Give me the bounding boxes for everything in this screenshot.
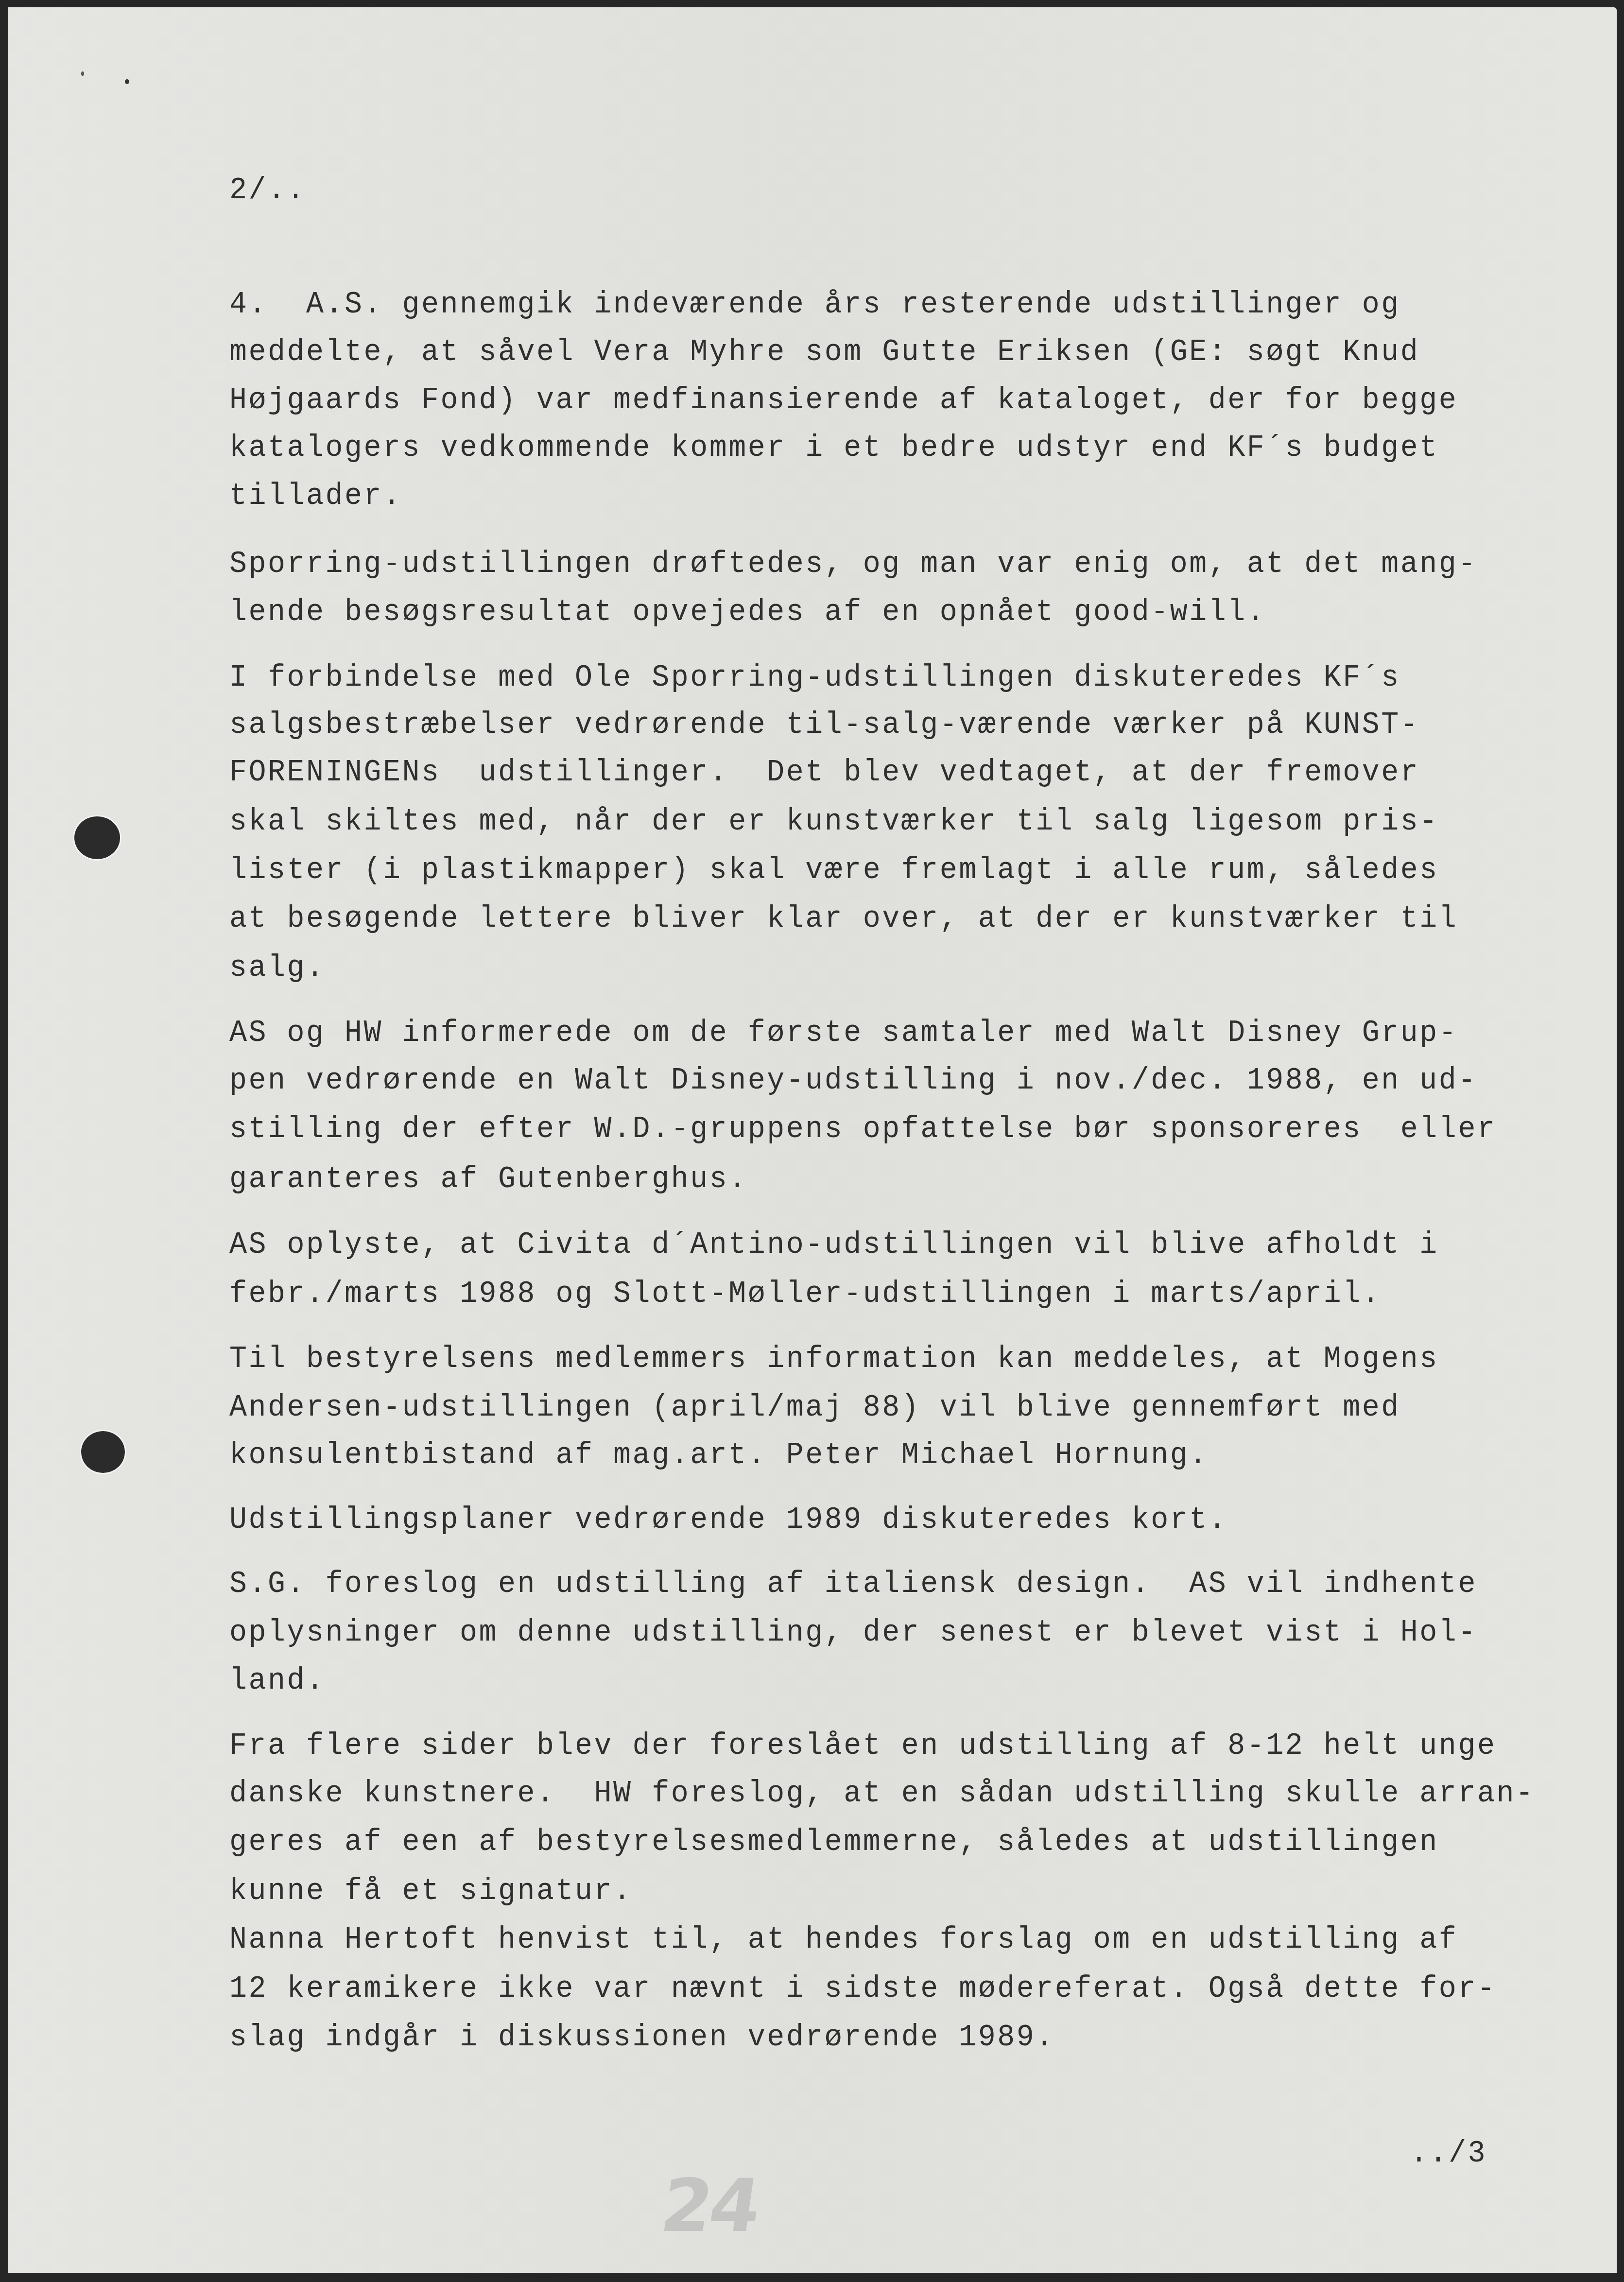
text-line: danske kunstnere. HW foreslog, at en såd… <box>229 1779 1535 1809</box>
text-line: FORENINGENs udstillinger. Det blev vedta… <box>229 758 1419 788</box>
text-line: kunne få et signatur. <box>229 1876 633 1907</box>
text-line: geres af een af bestyrelsesmedlemmerne, … <box>229 1827 1439 1858</box>
text-line: S.G. foreslog en udstilling af italiensk… <box>229 1569 1477 1600</box>
text-line: pen vedrørende en Walt Disney-udstilling… <box>229 1066 1477 1096</box>
text-line: Andersen-udstillingen (april/maj 88) vil… <box>229 1393 1400 1423</box>
page-marker: 2/.. <box>229 175 306 206</box>
text-line: land. <box>229 1666 326 1696</box>
text-line: meddelte, at såvel Vera Myhre som Gutte … <box>229 337 1419 368</box>
text-line: konsulentbistand af mag.art. Peter Micha… <box>229 1440 1209 1471</box>
text-line: Højgaards Fond) var medfinansierende af … <box>229 385 1458 416</box>
staple-mark <box>125 79 129 84</box>
text-line: Fra flere sider blev der foreslået en ud… <box>229 1731 1496 1762</box>
continuation-marker: ../3 <box>1410 2139 1487 2169</box>
text-line: salg. <box>229 953 326 984</box>
punch-hole <box>74 816 120 859</box>
text-line: Udstillingsplaner vedrørende 1989 diskut… <box>229 1505 1227 1536</box>
text-line: lister (i plastikmapper) skal være freml… <box>229 855 1439 886</box>
handwritten-page-number: 24 <box>657 2170 762 2243</box>
text-line: lende besøgsresultat opvejedes af en opn… <box>229 597 1266 628</box>
text-line: AS og HW informerede om de første samtal… <box>229 1018 1458 1049</box>
text-line: Nanna Hertoft henvist til, at hendes for… <box>229 1925 1458 1955</box>
text-line: Sporring-udstillingen drøftedes, og man … <box>229 549 1477 580</box>
text-line: 12 keramikere ikke var nævnt i sidste mø… <box>229 1974 1496 2005</box>
text-line: Til bestyrelsens medlemmers information … <box>229 1344 1439 1375</box>
text-line: skal skiltes med, når der er kunstværker… <box>229 807 1439 837</box>
text-line: I forbindelse med Ole Sporring-udstillin… <box>229 663 1400 693</box>
text-line: oplysninger om denne udstilling, der sen… <box>229 1618 1477 1648</box>
text-line: stilling der efter W.D.-gruppens opfatte… <box>229 1114 1496 1145</box>
text-line: garanteres af Gutenberghus. <box>229 1164 748 1195</box>
text-line: 4. A.S. gennemgik indeværende års rester… <box>229 290 1400 320</box>
text-line: slag indgår i diskussionen vedrørende 19… <box>229 2023 1055 2053</box>
text-line: tillader. <box>229 481 402 512</box>
text-line: AS oplyste, at Civita d´Antino-udstillin… <box>229 1230 1439 1261</box>
staple-mark <box>81 71 84 76</box>
text-line: katalogers vedkommende kommer i et bedre… <box>229 433 1439 464</box>
punch-hole <box>81 1431 125 1473</box>
text-line: salgsbestræbelser vedrørende til-salg-væ… <box>229 710 1419 741</box>
text-line: febr./marts 1988 og Slott-Møller-udstill… <box>229 1279 1381 1310</box>
document-page: 2/.. 4. A.S. gennemgik indeværende års r… <box>8 7 1617 2273</box>
text-line: at besøgende lettere bliver klar over, a… <box>229 904 1458 934</box>
